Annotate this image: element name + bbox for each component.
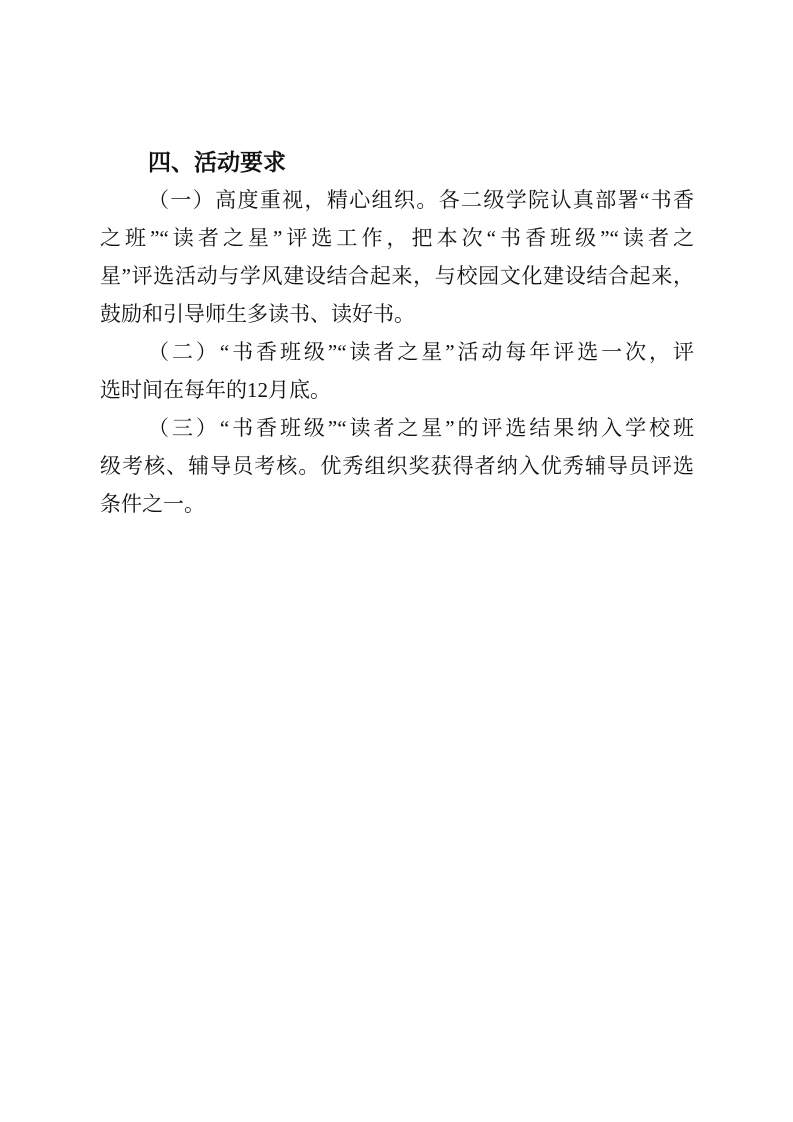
paragraph-1-line-3: 星”评选活动与学风建设结合起来，与校园文化建设结合起来， [100,257,694,295]
paragraph-3-line-3: 条件之一。 [100,485,694,523]
paragraph-2-line-2: 选时间在每年的12月底。 [100,371,694,409]
paragraph-3-line-2: 级考核、辅导员考核。优秀组织奖获得者纳入优秀辅导员评选 [100,447,694,485]
paragraph-1-line-2: 之班”“读者之星”评选工作，把本次“书香班级”“读者之 [100,219,694,257]
document-page: 四、活动要求 （一）高度重视，精心组织。各二级学院认真部署“书香 之班”“读者之… [0,0,793,1122]
document-body: 四、活动要求 （一）高度重视，精心组织。各二级学院认真部署“书香 之班”“读者之… [100,143,694,523]
section-heading: 四、活动要求 [100,143,694,181]
paragraph-2-line-1: （二）“书香班级”“读者之星”活动每年评选一次，评 [100,333,694,371]
paragraph-3-line-1: （三）“书香班级”“读者之星”的评选结果纳入学校班 [100,409,694,447]
paragraph-1-line-4: 鼓励和引导师生多读书、读好书。 [100,295,694,333]
paragraph-1-line-1: （一）高度重视，精心组织。各二级学院认真部署“书香 [100,181,694,219]
